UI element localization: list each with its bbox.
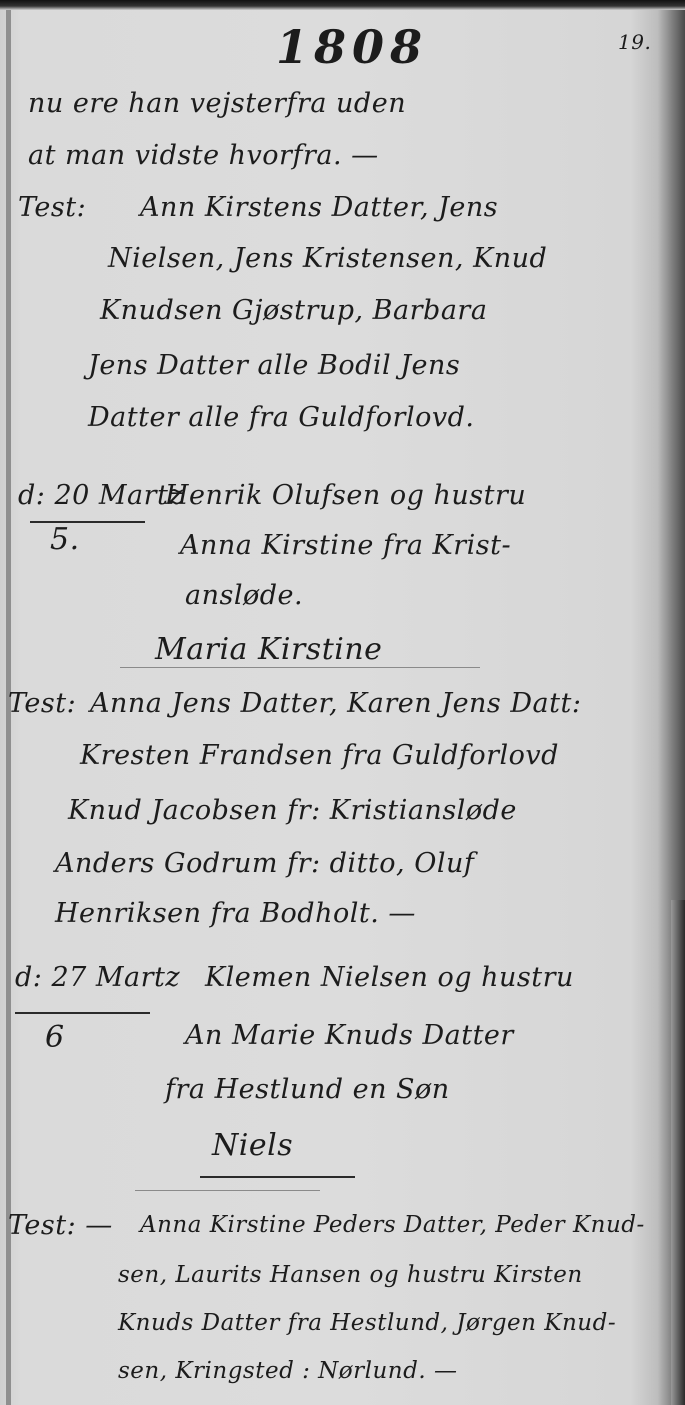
parents-line: Henrik Olufsen og hustru	[165, 480, 526, 511]
page-number: 19.	[618, 30, 651, 54]
witness-line: sen, Kringsted : Nørlund. —	[118, 1358, 457, 1384]
witness-line: Anna Kirstine Peders Datter, Peder Knud-	[140, 1212, 645, 1238]
witness-line: Kresten Frandsen fra Guldforlovd	[80, 740, 559, 771]
entry-date: d: 20 Martz	[18, 480, 183, 511]
continuation-line-1: nu ere han vejsterfra uden	[28, 88, 406, 119]
parents-line: ansløde.	[185, 580, 303, 611]
witness-line: Datter alle fra Guldforlovd.	[88, 402, 474, 433]
entry-number: 5.	[50, 522, 80, 557]
name-underline	[200, 1176, 355, 1178]
year-heading: 1808	[276, 20, 428, 74]
witness-line: Anna Jens Datter, Karen Jens Datt:	[90, 688, 581, 719]
witness-line: sen, Laurits Hansen og hustru Kirsten	[118, 1262, 583, 1288]
witnesses-label: Test:	[8, 688, 76, 719]
witness-line: Nielsen, Jens Kristensen, Knud	[108, 243, 547, 274]
witness-line: Anders Godrum fr: ditto, Oluf	[55, 848, 474, 879]
name-underline	[120, 667, 480, 668]
witness-line: Jens Datter alle Bodil Jens	[88, 350, 460, 381]
entry-date: d: 27 Martz	[15, 962, 180, 993]
register-page: 1808 19. nu ere han vejsterfra uden at m…	[0, 0, 685, 1405]
scan-right-shadow	[671, 900, 685, 1405]
witnesses-label: Test: —	[8, 1210, 113, 1241]
witnesses-label: Test:	[18, 192, 86, 223]
continuation-line-2: at man vidste hvorfra. —	[28, 140, 379, 171]
witness-line: Knud Jacobsen fr: Kristiansløde	[68, 795, 517, 826]
date-underline	[15, 1012, 150, 1014]
parents-line: Klemen Nielsen og hustru	[205, 962, 574, 993]
separator-line	[135, 1190, 320, 1191]
entry-number: 6	[45, 1020, 65, 1055]
witness-line: Henriksen fra Bodholt. —	[55, 898, 416, 929]
scan-top-edge	[0, 0, 685, 10]
date-underline	[30, 521, 145, 523]
parents-line: Anna Kirstine fra Krist-	[180, 530, 511, 561]
child-name: Maria Kirstine	[155, 632, 382, 667]
witness-line: Knudsen Gjøstrup, Barbara	[100, 295, 487, 326]
witness-line: Ann Kirstens Datter, Jens	[140, 192, 498, 223]
parents-line: fra Hestlund en Søn	[165, 1074, 450, 1105]
witness-line: Knuds Datter fra Hestlund, Jørgen Knud-	[118, 1310, 616, 1336]
child-name: Niels	[212, 1128, 293, 1163]
parents-line: An Marie Knuds Datter	[185, 1020, 514, 1051]
